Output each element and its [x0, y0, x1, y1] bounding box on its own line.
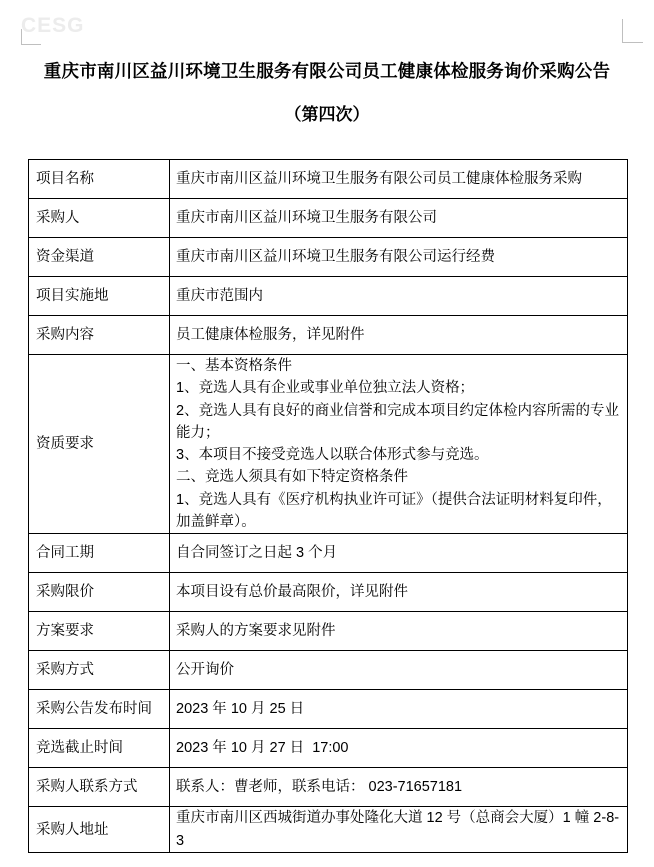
page-subtitle: （第四次） [0, 101, 654, 129]
row-value: 重庆市南川区西城街道办事处隆化大道 12 号（总商会大厦）1 幢 2-8-3 [170, 807, 628, 853]
row-label: 采购人 [29, 199, 170, 238]
row-value: 重庆市南川区益川环境卫生服务有限公司运行经费 [170, 238, 628, 277]
table-row: 采购方式 公开询价 [29, 651, 628, 690]
table-row: 采购人 重庆市南川区益川环境卫生服务有限公司 [29, 199, 628, 238]
row-label: 方案要求 [29, 612, 170, 651]
table-row: 采购人地址 重庆市南川区西城街道办事处隆化大道 12 号（总商会大厦）1 幢 2… [29, 807, 628, 853]
row-label: 合同工期 [29, 534, 170, 573]
table-row: 竞选截止时间 2023 年 10 月 27 日 17:00 [29, 729, 628, 768]
row-label: 项目实施地 [29, 277, 170, 316]
row-value: 2023 年 10 月 27 日 17:00 [170, 729, 628, 768]
row-label: 采购限价 [29, 573, 170, 612]
table-row: 采购公告发布时间 2023 年 10 月 25 日 [29, 690, 628, 729]
row-value: 一、基本资格条件 1、竞选人具有企业或事业单位独立法人资格； 2、竞选人具有良好… [170, 355, 628, 534]
table-row: 采购限价 本项目设有总价最高限价，详见附件 [29, 573, 628, 612]
table-row: 合同工期 自合同签订之日起 3 个月 [29, 534, 628, 573]
table-row-qualifications: 资质要求 一、基本资格条件 1、竞选人具有企业或事业单位独立法人资格； 2、竞选… [29, 355, 628, 534]
table-row: 项目名称 重庆市南川区益川环境卫生服务有限公司员工健康体检服务采购 [29, 160, 628, 199]
document-page: { "page": { "watermark": "CESG", "title_… [0, 0, 654, 867]
table-row: 采购内容 员工健康体检服务，详见附件 [29, 316, 628, 355]
row-value: 采购人的方案要求见附件 [170, 612, 628, 651]
row-label: 采购方式 [29, 651, 170, 690]
row-label: 竞选截止时间 [29, 729, 170, 768]
row-label: 采购内容 [29, 316, 170, 355]
row-label: 采购人地址 [29, 807, 170, 853]
table-row: 方案要求 采购人的方案要求见附件 [29, 612, 628, 651]
row-value: 联系人：曹老师，联系电话： 023-71657181 [170, 768, 628, 807]
margin-crop-mark-right [622, 19, 643, 43]
row-value: 公开询价 [170, 651, 628, 690]
row-value: 重庆市南川区益川环境卫生服务有限公司员工健康体检服务采购 [170, 160, 628, 199]
row-value: 重庆市范围内 [170, 277, 628, 316]
row-label: 资质要求 [29, 355, 170, 534]
row-label: 项目名称 [29, 160, 170, 199]
table-row: 资金渠道 重庆市南川区益川环境卫生服务有限公司运行经费 [29, 238, 628, 277]
row-label: 采购公告发布时间 [29, 690, 170, 729]
table-row: 采购人联系方式 联系人：曹老师，联系电话： 023-71657181 [29, 768, 628, 807]
table-row: 项目实施地 重庆市范围内 [29, 277, 628, 316]
row-label: 资金渠道 [29, 238, 170, 277]
row-value: 本项目设有总价最高限价，详见附件 [170, 573, 628, 612]
row-value: 2023 年 10 月 25 日 [170, 690, 628, 729]
row-label: 采购人联系方式 [29, 768, 170, 807]
announcement-table: 项目名称 重庆市南川区益川环境卫生服务有限公司员工健康体检服务采购 采购人 重庆… [28, 159, 628, 853]
row-value: 员工健康体检服务，详见附件 [170, 316, 628, 355]
page-title: 重庆市南川区益川环境卫生服务有限公司员工健康体检服务询价采购公告 [0, 0, 654, 85]
row-value: 自合同签订之日起 3 个月 [170, 534, 628, 573]
row-value: 重庆市南川区益川环境卫生服务有限公司 [170, 199, 628, 238]
margin-crop-mark-left [21, 29, 41, 45]
